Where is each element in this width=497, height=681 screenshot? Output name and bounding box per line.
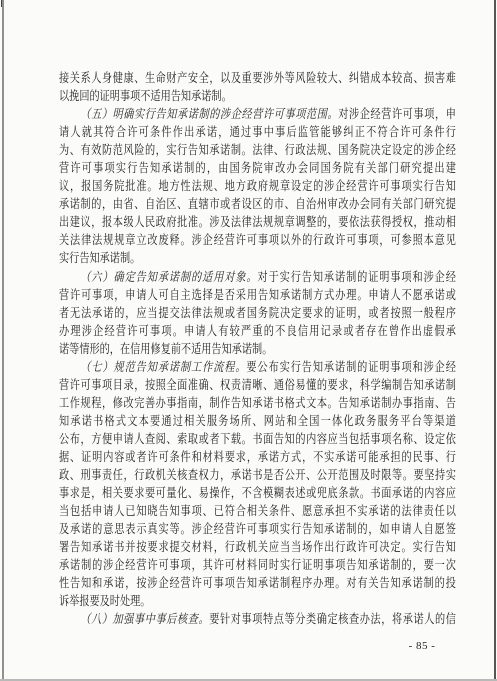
body-text-segment: 请人就其符合许可条件作出承诺，通过事中事后监管能够纠正不符合许可条件行 [59, 125, 456, 139]
text-line: 为、有效防范风险的，实行告知承诺制。法律、行政法规、国务院决定设定的涉企经 [59, 141, 456, 159]
text-line: 事求是，相关要求要可量化、易操作，不含模糊表述或兜底条款。书面承诺的内容应 [59, 484, 456, 502]
body-text-segment: 以挽回的证明事项不适用告知承诺制。 [59, 89, 232, 103]
body-text-segment: 公布，方便申请人查阅、索取或者下载。书面告知的内容应当包括事项名称、设定依 [59, 432, 456, 446]
body-text-segment: 当包括申请人已知晓告知事项、已符合相关条件、愿意承担不实承诺的法律责任以 [59, 504, 456, 518]
text-line: 据、证明内容或者许可条件和材料要求，承诺方式，不实承诺可能承担的民事、行 [59, 448, 456, 466]
text-line: 政、刑事责任，行政机关核查权力，承诺书是否公开、公开范围及时限等。要坚持实 [59, 466, 456, 484]
text-line: 实行告知承诺制。 [59, 249, 456, 267]
paragraph-heading: （八）加强事中事后核查。 [80, 612, 209, 626]
body-text-segment: 性告知和承诺，按涉企经营许可事项告知承诺制程序办理。对有关告知承诺制的投 [59, 576, 456, 590]
body-text-segment: 对于实行告知承诺制的证明事项和涉企经 [257, 270, 455, 284]
body-text-segment: 办理涉企经营许可事项。申请人有较严重的不良信用记录或者存在曾作出虚假承 [59, 324, 456, 338]
text-line: 性告知和承诺，按涉企经营许可事项告知承诺制程序办理。对有关告知承诺制的投 [59, 574, 456, 592]
text-line: （六）确定告知承诺制的适用对象。对于实行告知承诺制的证明事项和涉企经 [59, 268, 456, 286]
text-line: 议，报国务院批准。地方性法规、地方政府规章设定的涉企经营许可事项实行告知 [59, 177, 456, 195]
text-line: 请人就其符合许可条件作出承诺，通过事中事后监管能够纠正不符合许可条件行 [59, 123, 456, 141]
text-line: 当包括申请人已知晓告知事项、已符合相关条件、愿意承担不实承诺的法律责任以 [59, 502, 456, 520]
scan-edge-right [494, 0, 496, 681]
body-text-segment: 对涉企经营许可事项，申 [338, 107, 456, 121]
body-text-segment: 及承诺的意思表示真实等。涉企经营许可事项实行告知承诺制的，如申请人自愿签 [59, 522, 456, 536]
scan-edge-left [2, 0, 5, 681]
body-text-block: 接关系人身健康、生命财产安全，以及重要涉外等风险较大、纠错成本较高、损害难以挽回… [59, 69, 456, 628]
text-line: 工作规程，修改完善办事指南，制作告知承诺书格式文本。告知承诺制办事指南、告 [59, 394, 456, 412]
body-text-segment: 者无法承诺的，应当提交法律法规或者国务院决定要求的证明，或者按照一般程序 [59, 306, 456, 320]
text-line: 知承诺书格式文本要通过相关服务场所、网站和全国一体化政务服务平台等渠道 [59, 412, 456, 430]
document-page: 接关系人身健康、生命财产安全，以及重要涉外等风险较大、纠错成本较高、损害难以挽回… [0, 0, 497, 681]
body-text-segment: 署告知承诺书并按要求提交材料，行政机关应当当场作出行政许可决定。实行告知 [59, 540, 456, 554]
body-text-segment: 接关系人身健康、生命财产安全，以及重要涉外等风险较大、纠错成本较高、损害难 [59, 71, 456, 85]
body-text-segment: 承诺制的，由省、自治区、直辖市或者设区的市、自治州审改办会同有关部门研究提 [59, 197, 456, 211]
body-text-segment: 为、有效防范风险的，实行告知承诺制。法律、行政法规、国务院决定设定的涉企经 [59, 143, 456, 157]
body-text-segment: 实行告知承诺制。 [59, 251, 140, 265]
text-line: （八）加强事中事后核查。要针对事项特点等分类确定核查办法，将承诺人的信 [59, 610, 456, 628]
body-text-segment: 事求是，相关要求要可量化、易操作，不含模糊表述或兜底条款。书面承诺的内容应 [59, 486, 456, 500]
body-text-segment: 诺等情形的，在信用修复前不适用告知承诺制。 [59, 342, 272, 356]
text-line: 诺等情形的，在信用修复前不适用告知承诺制。 [59, 340, 456, 358]
body-text-segment: 关法律法规规章立改废释。涉企经营许可事项以外的行政许可事项，可参照本意见 [59, 233, 456, 247]
body-text-segment: 据、证明内容或者许可条件和材料要求，承诺方式，不实承诺可能承担的民事、行 [59, 450, 456, 464]
text-line: 以挽回的证明事项不适用告知承诺制。 [59, 87, 456, 105]
body-text-segment: 工作规程，修改完善办事指南，制作告知承诺书格式文本。告知承诺制办事指南、告 [59, 396, 456, 410]
body-text-segment: 承诺制的涉企经营许可事项，其许可材料同时实行证明事项告知承诺制的，要一次 [59, 558, 456, 572]
text-line: 者无法承诺的，应当提交法律法规或者国务院决定要求的证明，或者按照一般程序 [59, 304, 456, 322]
body-text-segment: 营许可事项目录，按照全面准确、权责清晰、通俗易懂的要求，科学编制告知承诺制 [59, 378, 456, 392]
text-line: 关法律法规规章立改废释。涉企经营许可事项以外的行政许可事项，可参照本意见 [59, 231, 456, 249]
body-text-segment: 知承诺书格式文本要通过相关服务场所、网站和全国一体化政务服务平台等渠道 [59, 414, 456, 428]
text-line: （五）明确实行告知承诺制的涉企经营许可事项范围。对涉企经营许可事项，申 [59, 105, 456, 123]
text-line: 办理涉企经营许可事项。申请人有较严重的不良信用记录或者存在曾作出虚假承 [59, 322, 456, 340]
text-line: 公布，方便申请人查阅、索取或者下载。书面告知的内容应当包括事项名称、设定依 [59, 430, 456, 448]
text-line: 营许可事项目录，按照全面准确、权责清晰、通俗易懂的要求，科学编制告知承诺制 [59, 376, 456, 394]
paragraph-heading: （六）确定告知承诺制的适用对象。 [80, 270, 257, 284]
paragraph-heading: （五）明确实行告知承诺制的涉企经营许可事项范围。 [80, 107, 338, 121]
text-line: 接关系人身健康、生命财产安全，以及重要涉外等风险较大、纠错成本较高、损害难 [59, 69, 456, 87]
body-text-segment: 营许可事项实行告知承诺制的，由国务院审改办会同国务院有关部门研究提出建 [59, 161, 456, 175]
body-text-segment: 要公布实行告知承诺制的证明事项和涉企经 [246, 360, 455, 374]
text-line: 及承诺的意思表示真实等。涉企经营许可事项实行告知承诺制的，如申请人自愿签 [59, 520, 456, 538]
page-number: - 85 - [399, 640, 445, 652]
body-text-segment: 出建议，报本级人民政府批准。涉及法律法规规章调整的，要依法获得授权，推动相 [59, 215, 456, 229]
body-text-segment: 诉举报要及时处理。 [59, 594, 150, 608]
paragraph-heading: （七）规范告知承诺制工作流程。 [80, 360, 246, 374]
body-text-segment: 政、刑事责任，行政机关核查权力，承诺书是否公开、公开范围及时限等。要坚持实 [59, 468, 456, 482]
text-line: 营许可事项实行告知承诺制的，由国务院审改办会同国务院有关部门研究提出建 [59, 159, 456, 177]
text-line: 承诺制的，由省、自治区、直辖市或者设区的市、自治州审改办会同有关部门研究提 [59, 195, 456, 213]
text-line: 承诺制的涉企经营许可事项，其许可材料同时实行证明事项告知承诺制的，要一次 [59, 556, 456, 574]
text-line: 营许可事项，申请人可自主选择是否采用告知承诺制方式办理。申请人不愿承诺或 [59, 286, 456, 304]
body-text-segment: 议，报国务院批准。地方性法规、地方政府规章设定的涉企经营许可事项实行告知 [59, 179, 456, 193]
text-line: （七）规范告知承诺制工作流程。要公布实行告知承诺制的证明事项和涉企经 [59, 358, 456, 376]
text-line: 署告知承诺书并按要求提交材料，行政机关应当当场作出行政许可决定。实行告知 [59, 538, 456, 556]
text-line: 出建议，报本级人民政府批准。涉及法律法规规章调整的，要依法获得授权，推动相 [59, 213, 456, 231]
text-line: 诉举报要及时处理。 [59, 592, 456, 610]
body-text-segment: 要针对事项特点等分类确定核查办法，将承诺人的信 [209, 612, 456, 626]
body-text-segment: 营许可事项，申请人可自主选择是否采用告知承诺制方式办理。申请人不愿承诺或 [59, 288, 456, 302]
